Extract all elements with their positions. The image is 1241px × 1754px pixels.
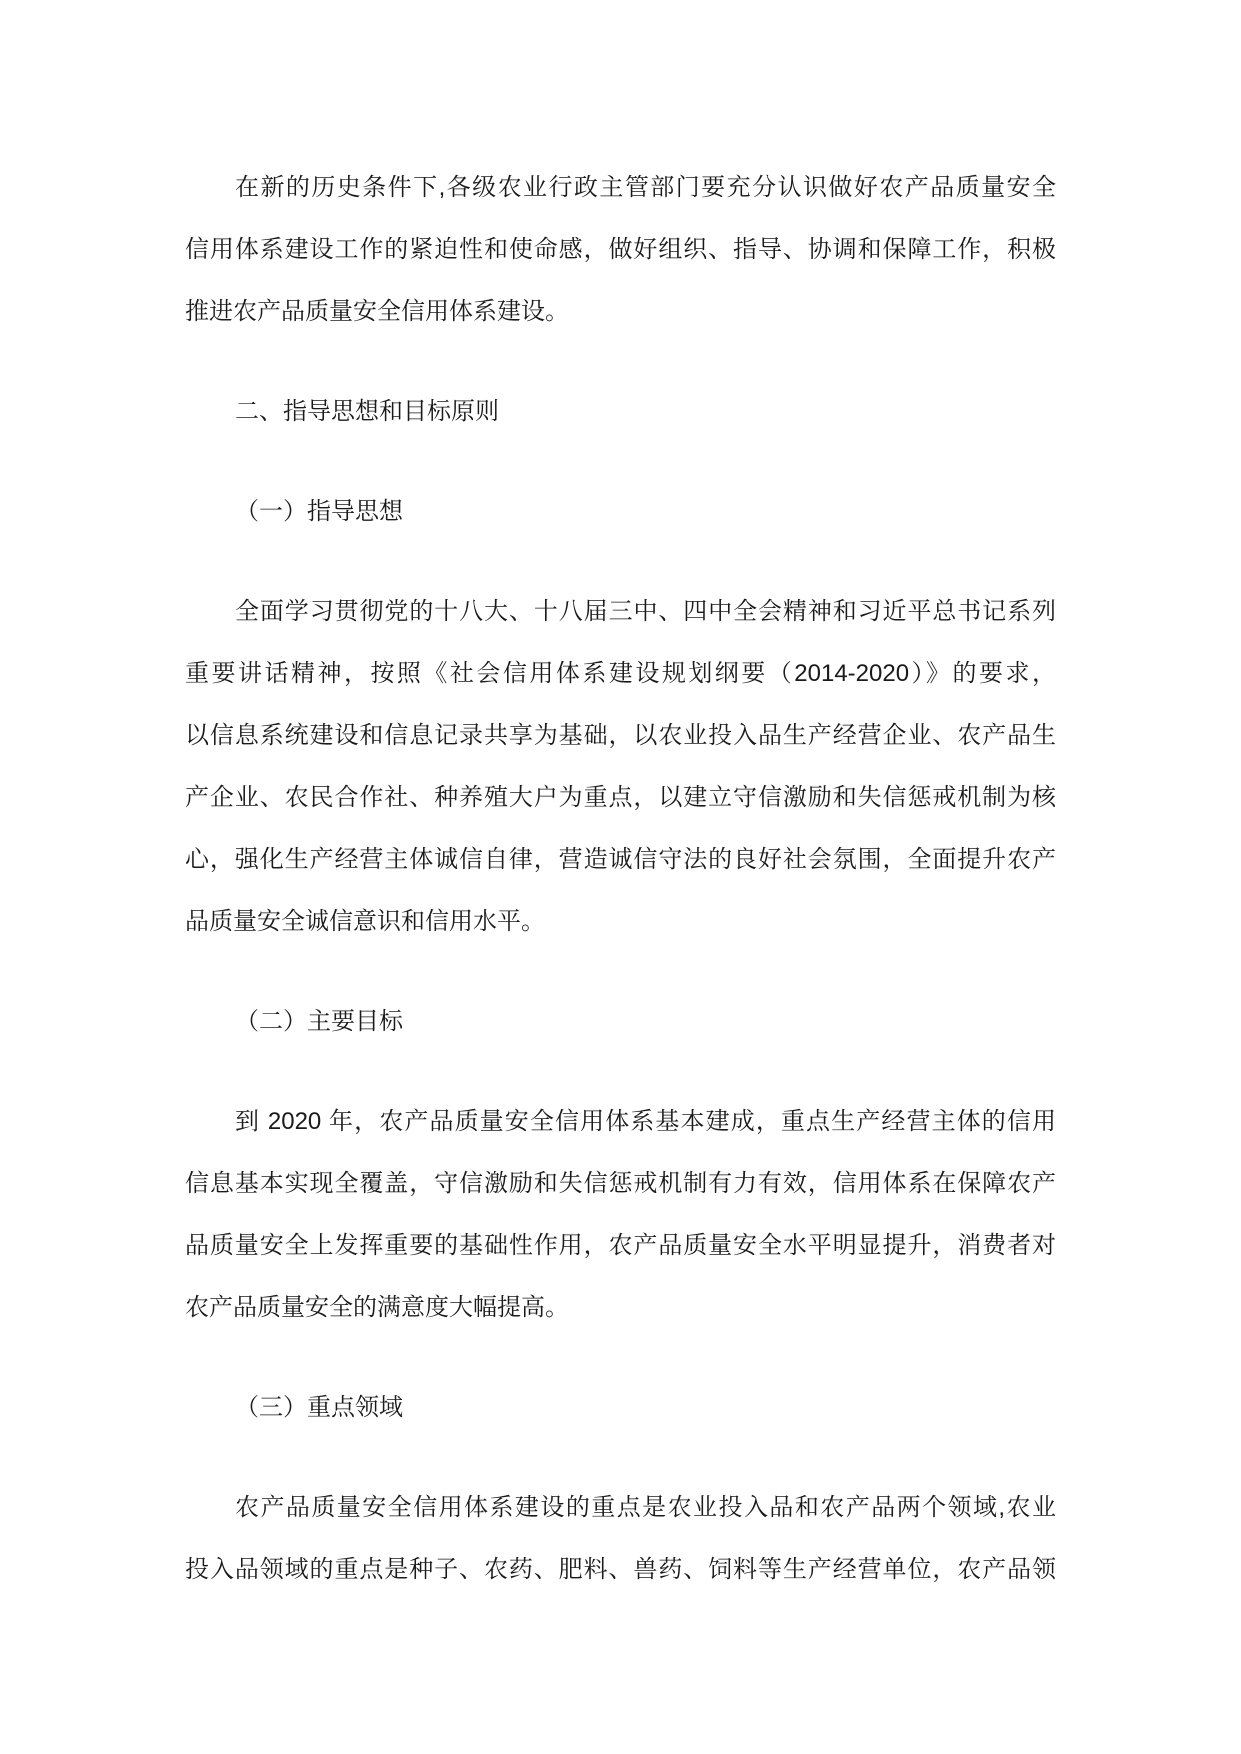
section-heading: （二）主要目标 [185, 991, 1056, 1053]
text-line: 到 2020 年，农产品质量安全信用体系基本建成，重点生产经营主体的信用 [185, 1091, 1056, 1153]
heading-text: （三）重点领域 [185, 1377, 1056, 1439]
paragraph: 全面学习贯彻党的十八大、十八届三中、四中全会精神和习近平总书记系列重要讲话精神，… [185, 581, 1056, 953]
text-line: 投入品领域的重点是种子、农药、肥料、兽药、饲料等生产经营单位，农产品领 [185, 1539, 1056, 1601]
text-line: 以信息系统建设和信息记录共享为基础，以农业投入品生产经营企业、农产品生 [185, 705, 1056, 767]
document-page: 在新的历史条件下,各级农业行政主管部门要充分认识做好农产品质量安全信用体系建设工… [0, 0, 1241, 1754]
text-line: 信用体系建设工作的紧迫性和使命感，做好组织、指导、协调和保障工作，积极 [185, 219, 1056, 281]
text-line: 全面学习贯彻党的十八大、十八届三中、四中全会精神和习近平总书记系列 [185, 581, 1056, 643]
text-line: 品质量安全上发挥重要的基础性作用，农产品质量安全水平明显提升，消费者对 [185, 1215, 1056, 1277]
text-line: 农产品质量安全的满意度大幅提高。 [185, 1277, 1056, 1339]
text-line: 信息基本实现全覆盖，守信激励和失信惩戒机制有力有效，信用体系在保障农产 [185, 1153, 1056, 1215]
text-line: 品质量安全诚信意识和信用水平。 [185, 891, 1056, 953]
heading-text: （一）指导思想 [185, 481, 1056, 543]
heading-text: （二）主要目标 [185, 991, 1056, 1053]
paragraph: 到 2020 年，农产品质量安全信用体系基本建成，重点生产经营主体的信用信息基本… [185, 1091, 1056, 1339]
text-line: 在新的历史条件下,各级农业行政主管部门要充分认识做好农产品质量安全 [185, 157, 1056, 219]
text-line: 产企业、农民合作社、种养殖大户为重点，以建立守信激励和失信惩戒机制为核 [185, 767, 1056, 829]
document-body: 在新的历史条件下,各级农业行政主管部门要充分认识做好农产品质量安全信用体系建设工… [185, 157, 1056, 1601]
text-line: 重要讲话精神，按照《社会信用体系建设规划纲要（2014-2020）》的要求， [185, 643, 1056, 705]
section-heading: 二、指导思想和目标原则 [185, 381, 1056, 443]
paragraph: 农产品质量安全信用体系建设的重点是农业投入品和农产品两个领域,农业投入品领域的重… [185, 1477, 1056, 1601]
text-line: 推进农产品质量安全信用体系建设。 [185, 281, 1056, 343]
section-heading: （一）指导思想 [185, 481, 1056, 543]
heading-text: 二、指导思想和目标原则 [185, 381, 1056, 443]
section-heading: （三）重点领域 [185, 1377, 1056, 1439]
text-line: 心，强化生产经营主体诚信自律，营造诚信守法的良好社会氛围，全面提升农产 [185, 829, 1056, 891]
paragraph: 在新的历史条件下,各级农业行政主管部门要充分认识做好农产品质量安全信用体系建设工… [185, 157, 1056, 343]
text-line: 农产品质量安全信用体系建设的重点是农业投入品和农产品两个领域,农业 [185, 1477, 1056, 1539]
